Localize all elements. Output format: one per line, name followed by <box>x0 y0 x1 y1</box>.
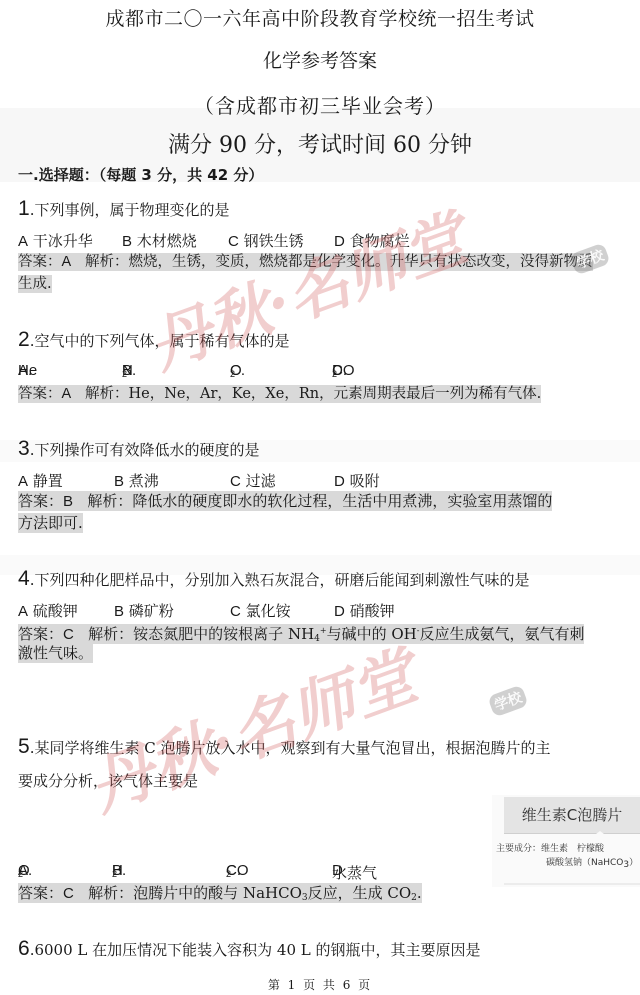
exam-title: 成都市二〇一六年高中阶段教育学校统一招生考试 <box>0 4 640 31</box>
options-row: A.O2 B.H2 C.CO2 D 水蒸气 <box>18 862 618 882</box>
answer-value: C <box>63 885 74 902</box>
option-d: D 吸附 <box>334 470 380 491</box>
answer-value: B <box>63 493 73 510</box>
question-text: .6000 L 在加压情况下能装入容积为 40 L 的钢瓶中，其主要原因是 <box>30 941 481 959</box>
question-number: 6 <box>18 937 30 960</box>
question-5: 5.某同学将维生素 C 泡腾片放入水中，观察到有大量气泡冒出，根据泡腾片的主 <box>18 735 550 759</box>
answer-block: 答案：B 解析：降低水的硬度即水的软化过程，生活中用煮沸，实验室用蒸馏的 方法即… <box>18 490 552 534</box>
option-c: C 氯化铵 <box>230 600 291 621</box>
answer-block: 答案：A 解析：燃烧，生锈，变质，燃烧都是化学变化。升华只有状态改变，没得新物质… <box>18 251 593 295</box>
question-number: 3 <box>18 437 30 460</box>
answer-block: 答案：C 解析：铵态氮肥中的铵根离子 NH4+与碱中的 OH-反应生成氨气，氨气… <box>18 620 584 664</box>
analysis-text: 解析：He，Ne，Ar，Ke，Xe，Rn，元素周期表最后一列为稀有气体. <box>85 386 541 402</box>
option-b: B 木材燃烧 <box>122 230 197 251</box>
analysis-text: 解析：燃烧，生锈，变质，燃烧都是化学变化。升华只有状态改变，没得新物质 <box>85 254 593 270</box>
question-number: 4 <box>18 567 30 590</box>
figure-notch <box>592 831 608 837</box>
options-row: A 硫酸钾 B 磷矿粉 C 氯化铵 D 硝酸钾 <box>18 600 618 620</box>
answer-value: C <box>63 626 74 643</box>
option-d: D. CO2 <box>332 362 337 379</box>
question-text: .空气中的下列气体，属于稀有气体的是 <box>30 332 290 350</box>
question-text: .下列操作可有效降低水的硬度的是 <box>30 441 260 459</box>
question-text: .某同学将维生素 C 泡腾片放入水中，观察到有大量气泡冒出，根据泡腾片的主 <box>30 739 551 757</box>
analysis-text: 解析：铵态氮肥中的铵根离子 NH4+与碱中的 OH-反应生成氨气，氨气有刺 <box>88 625 584 643</box>
question-text: .下列四种化肥样品中，分别加入熟石灰混合，研磨后能闻到刺激性气味的是 <box>30 571 530 589</box>
option-a: A 静置 <box>18 470 63 491</box>
option-a: A 干冰升华 <box>18 230 93 251</box>
question-4: 4.下列四种化肥样品中，分别加入熟石灰混合，研磨后能闻到刺激性气味的是 <box>18 567 529 591</box>
question-5-continued: 要成分分析，该气体主要是 <box>18 770 198 791</box>
answer-block: 答案：C 解析：泡腾片中的酸与 NaHCO3反应，生成 CO2. <box>18 882 422 904</box>
question-number: 1 <box>18 197 30 220</box>
question-1: 1.下列事例，属于物理变化的是 <box>18 197 229 221</box>
section-heading: 一.选择题：（每题 3 分，共 42 分） <box>18 164 263 185</box>
option-a: A 硫酸钾 <box>18 600 78 621</box>
question-text: .下列事例，属于物理变化的是 <box>30 201 230 219</box>
option-b: B 磷矿粉 <box>114 600 174 621</box>
answer-value: A <box>62 254 72 270</box>
answer-value: A <box>62 386 72 402</box>
option-c: C 钢铁生锈 <box>228 230 304 251</box>
option-b: B 煮沸 <box>114 470 159 491</box>
document-subtitle: 化学参考答案 <box>0 46 640 73</box>
question-6: 6.6000 L 在加压情况下能装入容积为 40 L 的钢瓶中，其主要原因是 <box>18 937 480 961</box>
watermark-badge: 学校 <box>487 685 528 718</box>
page-footer: 第 1 页 共 6 页 <box>0 976 640 993</box>
option-d: D 硝酸钾 <box>334 600 395 621</box>
question-2: 2.空气中的下列气体，属于稀有气体的是 <box>18 328 289 352</box>
option-c: C 过滤 <box>230 470 276 491</box>
figure-divider <box>504 883 640 885</box>
question-number: 5 <box>18 735 30 758</box>
options-row: A 静置 B 煮沸 C 过滤 D 吸附 <box>18 470 618 490</box>
option-b: B.H2 <box>112 862 117 879</box>
figure-ingredients: 主要成分：维生素 柠檬酸 <box>496 841 604 854</box>
answer-block: 答案：A 解析：He，Ne，Ar，Ke，Xe，Rn，元素周期表最后一列为稀有气体… <box>18 383 541 405</box>
options-row: A 干冰升华 B 木材燃烧 C 钢铁生锈 D 食物腐烂 <box>18 230 618 250</box>
option-c: C.CO2 <box>226 862 231 879</box>
analysis-text: 解析：泡腾片中的酸与 NaHCO3反应，生成 CO2. <box>88 884 422 902</box>
analysis-text: 解析：降低水的硬度即水的软化过程，生活中用煮沸，实验室用蒸馏的 <box>87 492 552 510</box>
question-number: 2 <box>18 328 30 351</box>
score-info: 满分 90 分，考试时间 60 分钟 <box>0 128 640 159</box>
option-c: C. O2 <box>230 362 235 379</box>
option-b: B. N2 <box>122 362 127 379</box>
figure-title: 维生素C泡腾片 <box>504 797 640 834</box>
options-row: A. He B. N2 C. O2 D. CO2 <box>18 362 618 382</box>
question-3: 3.下列操作可有效降低水的硬度的是 <box>18 437 259 461</box>
option-a: A.O2 <box>18 862 23 879</box>
option-d: D 食物腐烂 <box>334 230 410 251</box>
document-note: （含成都市初三毕业会考） <box>0 90 640 119</box>
